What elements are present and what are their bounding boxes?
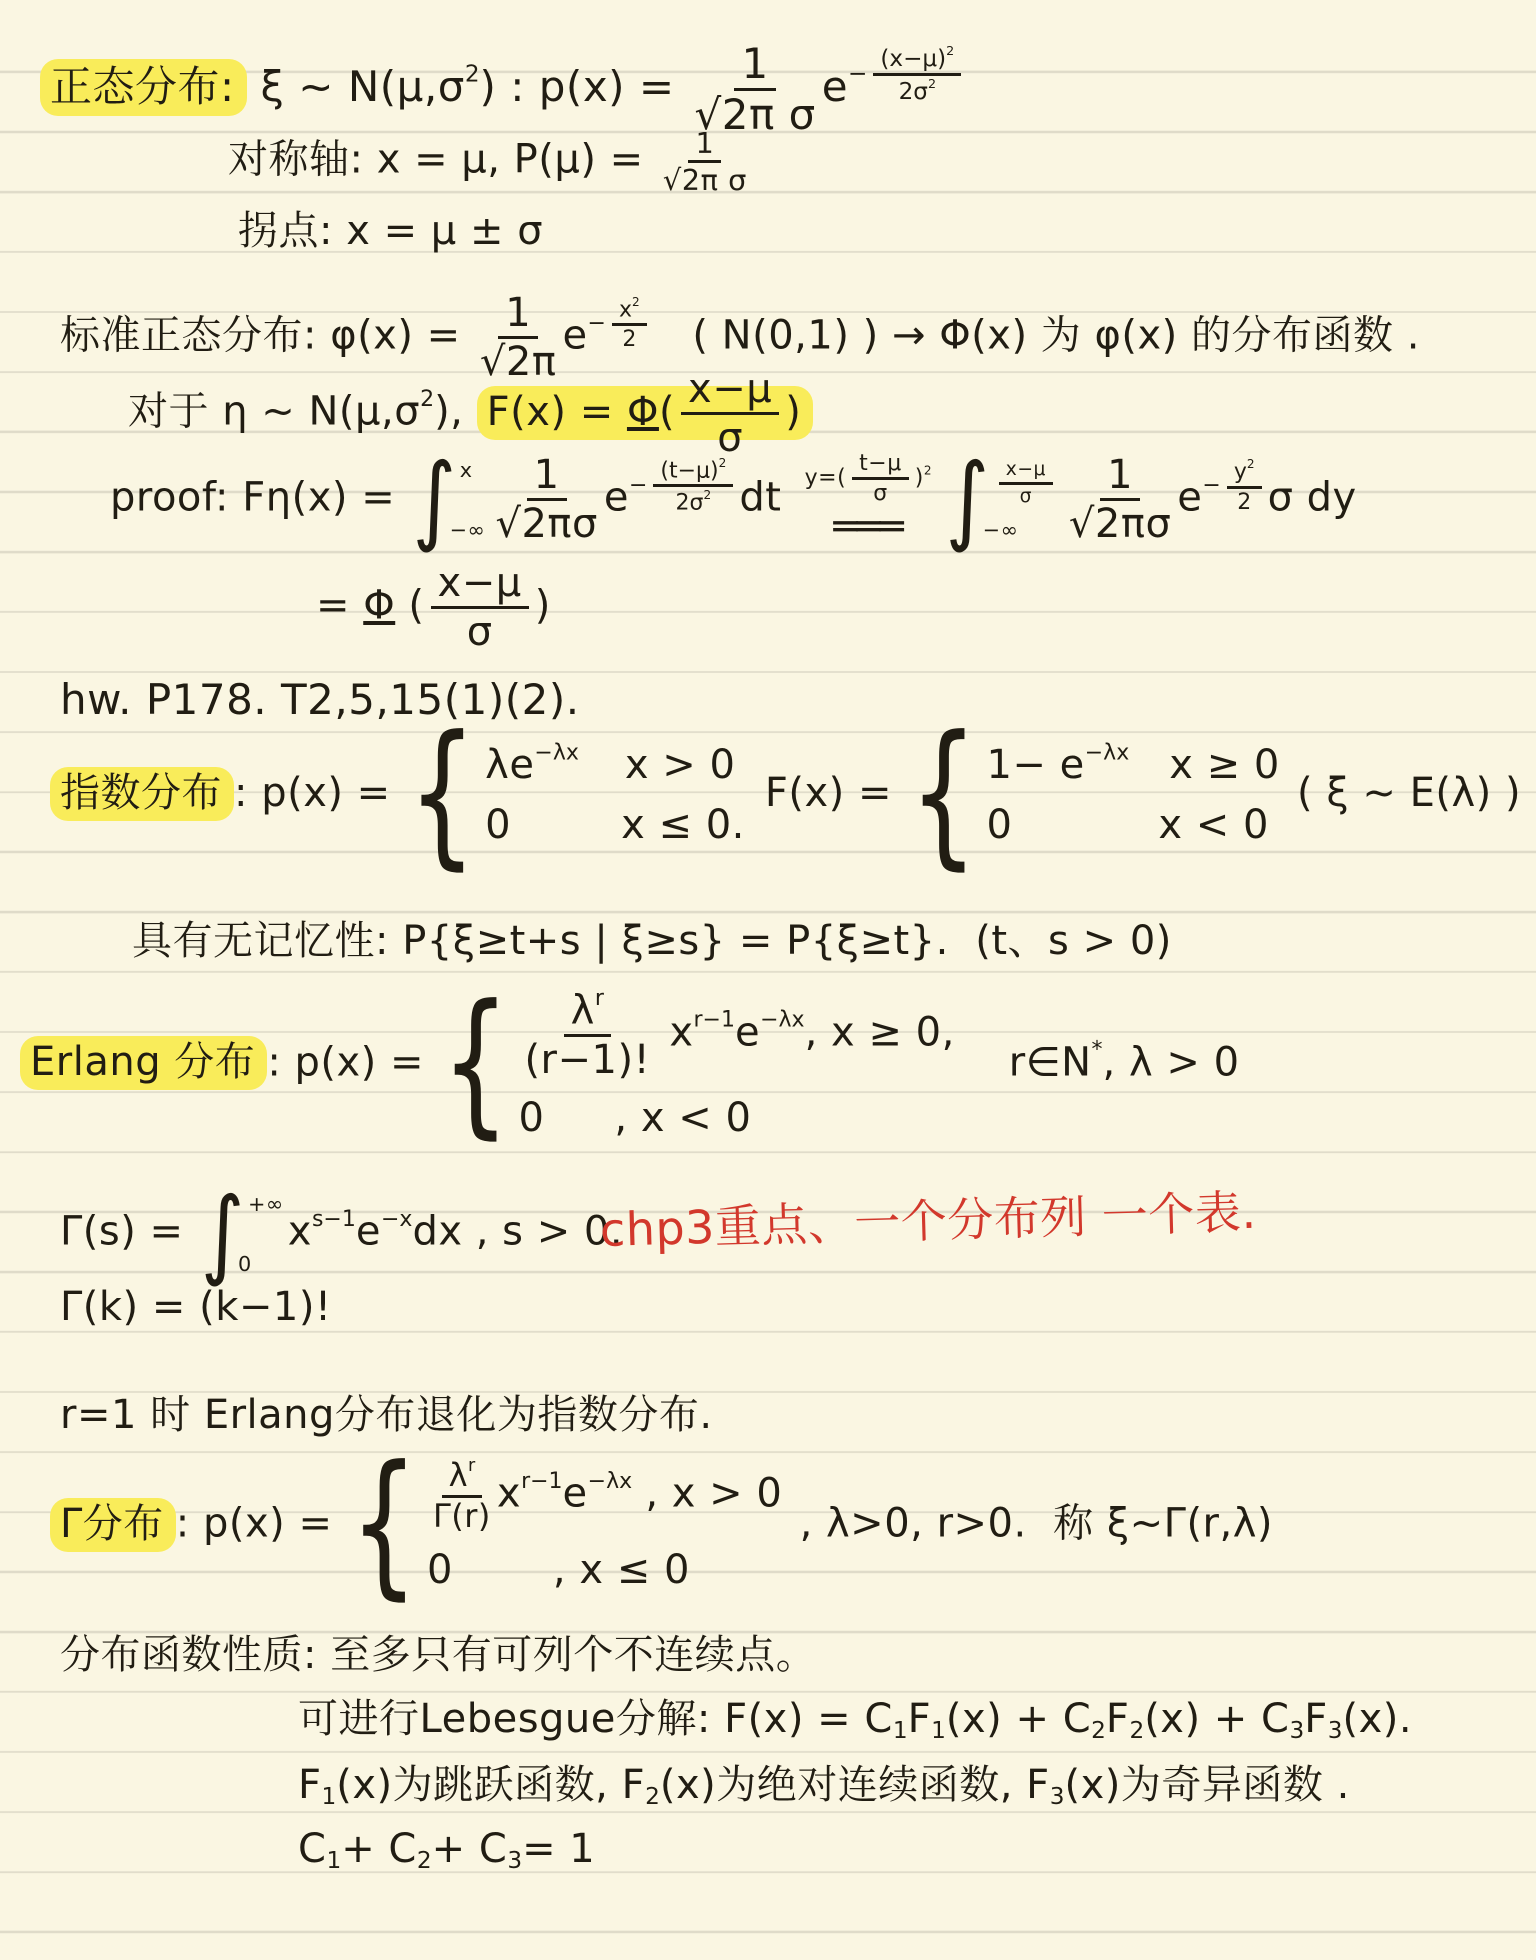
numerator: 1 (527, 454, 567, 501)
text-run: 2 (1247, 457, 1255, 471)
text-run: (x)为奇异函数 . (1064, 1762, 1349, 1808)
numerator: 1 (734, 42, 775, 91)
text-run: , x > 0 (632, 1471, 782, 1517)
text-run: 2 (928, 76, 936, 91)
piecewise-cases: {λr(r−1)! xr−1e−λx, x ≥ 0,0, x < 0 (441, 988, 955, 1141)
superscript: 2 (420, 387, 434, 412)
text-run: 0 (518, 1095, 544, 1141)
text-run: dx , s > 0. (412, 1209, 623, 1255)
text-run: (t−μ) (660, 458, 718, 483)
gamma-factorial: Γ(k) = (k−1)! (60, 1284, 331, 1330)
text-run: e (562, 313, 587, 359)
text-run: F(x) = (765, 770, 905, 816)
text-run: 1 (931, 1717, 946, 1744)
left-brace: { (909, 732, 978, 857)
superscript: 2 (1247, 457, 1255, 471)
memoryless-property: 具有无记忆性: P{ξ≥t+s | ξ≥s} = P{ξ≥t}. (t、s > … (132, 918, 1172, 964)
numerator: (t−μ)2 (653, 457, 733, 487)
text-run: e (822, 62, 848, 111)
numerator: 1 (498, 292, 538, 339)
text-run: 1 (695, 126, 714, 160)
superscript: 2 (924, 463, 932, 477)
text-run: +∞ (248, 1192, 284, 1216)
text-run: hw. P178. T2,5,15(1)(2). (60, 675, 580, 724)
highlighted-text: Γ分布 (50, 1498, 176, 1552)
subscript: 2 (1091, 1717, 1106, 1744)
text-run: ) : p(x) = (480, 62, 689, 111)
text-run: : p(x) = (234, 770, 404, 816)
superscript: 2 (928, 76, 936, 91)
text-run: : p(x) = (176, 1501, 346, 1547)
text-run: (x) + C (1144, 1696, 1289, 1742)
denominator: σ (1020, 485, 1032, 507)
numerator: λr (564, 988, 611, 1037)
denominator: √2πσ (1069, 501, 1171, 545)
text-run: 2σ (899, 79, 928, 105)
text-run: σ (467, 609, 493, 655)
fraction: (x−μ)22σ2 (873, 45, 961, 104)
subscript: 2 (645, 1783, 660, 1810)
text-run: e (735, 1009, 760, 1055)
text-run: ) (915, 466, 924, 491)
exponential-dist: 指数分布: p(x) = {λe−λxx > 00x ≤ 0.F(x) = {1… (50, 742, 1521, 848)
numerator: 1 (1100, 454, 1140, 501)
superscript: 2 (465, 61, 480, 87)
subscript: 3 (507, 1847, 522, 1874)
subscript: 3 (1289, 1717, 1304, 1744)
highlighted-text: Erlang 分布 (20, 1036, 267, 1090)
text-run: dt (739, 475, 794, 521)
superscript: −x (381, 1207, 412, 1232)
text-run: 3 (507, 1847, 522, 1874)
case-row: 0x ≤ 0. (485, 802, 745, 848)
fraction: 1√2π σ (663, 128, 747, 195)
cases-column: λe−λxx > 00x ≤ 0. (485, 742, 745, 848)
text-run: F (1106, 1696, 1130, 1742)
text-run: 1 (534, 452, 560, 498)
text-run: x−μ (438, 560, 522, 606)
substitution-stack: y=(t−μσ)2═══ (805, 452, 932, 547)
text-run: 具有无记忆性: P{ξ≥t+s | ξ≥s} = P{ξ≥t}. (t、s > … (132, 918, 1172, 964)
text-run: 3 (1050, 1783, 1065, 1810)
superscript: r (595, 986, 604, 1011)
text-run: : p(x) = (267, 1039, 437, 1085)
fraction: (t−μ)22σ2 (653, 457, 733, 515)
text-run: 3 (1328, 1717, 1343, 1744)
general-normal-cdf: 对于 η ~ N(μ,σ2), F(x) = Φ(x−μσ) (128, 368, 813, 459)
text-run: ) (785, 389, 801, 435)
text-run: + C (432, 1826, 508, 1872)
text-run: − (1202, 473, 1220, 498)
numerator: x2 (612, 296, 647, 326)
text-run: (x)为跳跃函数, F (336, 1762, 645, 1808)
text-run: 2 (632, 295, 640, 309)
fraction: 1√2πσ (1069, 454, 1171, 545)
piecewise-cases: {λrΓ(r)xr−1e−λx , x > 00, x ≤ 0 (350, 1458, 783, 1593)
fraction: λr(r−1)! (524, 988, 650, 1081)
text-run: y=( (805, 466, 847, 491)
superscript: 2 (719, 456, 727, 470)
integral-bounds: x−∞ (460, 464, 486, 535)
integral-glyph: ∫ (412, 459, 456, 541)
text-run: x < 0 (1158, 802, 1269, 848)
denominator: 2 (622, 326, 636, 351)
fraction: y22 (1227, 458, 1262, 513)
text-run: 0 (986, 802, 1012, 848)
integral-bounds: x−μσ−∞ (993, 464, 1059, 535)
superscript: −y22 (1202, 473, 1267, 498)
subscript: 3 (1328, 1717, 1343, 1744)
text-run: , λ>0, r>0. 称 ξ~Γ(r,λ) (786, 1501, 1273, 1547)
superscript: −x22 (588, 311, 653, 336)
text-run: 0 (485, 802, 511, 848)
subscript: 3 (1050, 1783, 1065, 1810)
text-run: F(x) = (487, 389, 627, 435)
case-row: 1− e−λxx ≥ 0 (986, 742, 1279, 788)
text-run: 2 (417, 1847, 432, 1874)
fraction: x22 (612, 296, 647, 351)
notebook-page: { "page": { "kind": "handwritten-math-no… (0, 0, 1536, 1960)
text-run: x−μ (1006, 459, 1046, 480)
numerator: t−μ (852, 452, 909, 480)
text-run: (x)为绝对连续函数, F (660, 1762, 1050, 1808)
fraction: x−μσ (999, 460, 1053, 506)
denominator: 2 (1237, 489, 1251, 514)
text-run: 对称轴: x = μ, P(μ) = (228, 137, 657, 183)
text-run: ( (659, 389, 675, 435)
text-run: 2 (420, 387, 434, 412)
text-run: λe (485, 742, 534, 788)
text-run: r (595, 986, 604, 1011)
text-run: (r−1)! (524, 1037, 650, 1083)
superscript: −(x−μ)22σ2 (848, 61, 967, 87)
text-run: chp3重点、一个分布列 一个表. (599, 1185, 1257, 1257)
gamma-function: Γ(s) = ∫+∞0xs−1e−xdx , s > 0. (60, 1198, 623, 1269)
numerator: 1 (688, 128, 721, 163)
text-run: 1 (505, 290, 531, 336)
text-run: x ≥ 0 (1169, 742, 1280, 788)
text-run: Γ(s) = (60, 1209, 197, 1255)
piecewise-cases: {1− e−λxx ≥ 00x < 0 (909, 742, 1280, 848)
text-run: r∈N (1009, 1039, 1092, 1085)
text-run: x (619, 297, 632, 322)
upper-bound: x (460, 460, 486, 481)
left-brace: { (408, 732, 477, 857)
denominator: √2π σ (663, 163, 747, 195)
superscript: r−1 (694, 1008, 735, 1033)
stack-top: y=(t−μσ)2 (805, 452, 932, 505)
numerator: (x−μ)2 (873, 45, 961, 76)
denominator: √2πσ (495, 501, 597, 545)
subscript: 1 (931, 1717, 946, 1744)
text-run: 1 (741, 39, 768, 88)
integral-glyph: ∫ (946, 459, 990, 541)
cases-column: λrΓ(r)xr−1e−λx , x > 00, x ≤ 0 (427, 1458, 782, 1593)
text-run: −λx (760, 1008, 804, 1033)
superscript: s−1 (312, 1207, 356, 1232)
text-run: (x) + C (946, 1696, 1091, 1742)
cases-column: λr(r−1)! xr−1e−λx, x ≥ 0,0, x < 0 (518, 988, 954, 1141)
text-run: − (588, 311, 606, 336)
text-run: , x < 0 (614, 1095, 751, 1141)
text-run: 2 (946, 43, 954, 58)
text-run: 分布函数性质: 至多只有可列个不连续点。 (60, 1632, 816, 1678)
text-run: e (356, 1209, 381, 1255)
text-run: x ≤ 0. (621, 802, 745, 848)
upper-bound: +∞ (248, 1194, 284, 1215)
text-run: , x ≤ 0 (553, 1547, 690, 1593)
text-run: √2πσ (1069, 501, 1171, 547)
subscript: 1 (893, 1717, 908, 1744)
left-brace: { (350, 1463, 419, 1588)
subscript: 2 (1129, 1717, 1144, 1744)
denominator: (r−1)! (524, 1037, 650, 1081)
subscript: 2 (417, 1847, 432, 1874)
text-run: ( (395, 583, 424, 629)
superscript: * (1092, 1038, 1103, 1063)
highlighted-text: 正态分布: (40, 59, 247, 116)
text-run: 1 (322, 1783, 337, 1810)
subscript: 1 (326, 1847, 341, 1874)
text-run: ξ ~ N(μ,σ (247, 62, 465, 111)
superscript: r (468, 1456, 475, 1476)
case-row: 0x < 0 (986, 802, 1279, 848)
numerator: y2 (1227, 458, 1262, 488)
text-run: 2 (1129, 1717, 1144, 1744)
superscript: −(t−μ)22σ2 (629, 473, 739, 498)
text-run: 2 (622, 327, 636, 352)
lebesgue-decomposition: 可进行Lebesgue分解: F(x) = C1F1(x) + C2F2(x) … (298, 1696, 1412, 1742)
text-run: x (656, 1009, 693, 1055)
denominator: σ (467, 609, 493, 653)
text-run: x > 0 (625, 742, 736, 788)
text-run: 1 (893, 1717, 908, 1744)
text-run: r−1 (694, 1008, 735, 1033)
gamma-dist: Γ分布: p(x) = {λrΓ(r)xr−1e−λx , x > 00, x … (50, 1458, 1273, 1593)
text-run: 2 (645, 1783, 660, 1810)
integral: ∫x−∞ (412, 464, 485, 535)
text-run: x−μ (688, 366, 772, 412)
text-run: 1− e (986, 742, 1084, 788)
text-run: 拐点: x = μ ± σ (238, 208, 543, 254)
subscript: 1 (322, 1783, 337, 1810)
superscript: r−1 (521, 1469, 562, 1494)
text-run: Γ(r) (433, 1497, 491, 1535)
superscript: 2 (632, 295, 640, 309)
text-run: , x ≥ 0, (805, 1009, 955, 1055)
text-run: 指数分布 (60, 770, 222, 816)
numerator: λr (442, 1458, 483, 1498)
denominator: Γ(r) (433, 1498, 491, 1534)
text-run: C (298, 1826, 326, 1872)
text-run: −λx (1085, 740, 1129, 765)
text-run: 1 (326, 1847, 341, 1874)
text-run: 标准正态分布: φ(x) = (60, 313, 474, 359)
text-run: − (629, 473, 647, 498)
numerator: x−μ (681, 368, 779, 415)
text-run: −λx (534, 740, 578, 765)
text-run: 1 (1107, 452, 1133, 498)
normal-dist-definition: 正态分布: ξ ~ N(μ,σ2) : p(x) = 1√2π σe−(x−μ)… (40, 42, 967, 137)
homework: hw. P178. T2,5,15(1)(2). (60, 676, 580, 724)
text-run: √2π σ (663, 163, 747, 197)
superscript: −λx (588, 1469, 632, 1494)
text-run: 3 (1289, 1717, 1304, 1744)
fraction: 1√2π σ (694, 42, 815, 137)
erlang-dist: Erlang 分布: p(x) = {λr(r−1)! xr−1e−λx, x … (20, 988, 1240, 1141)
text-run: x (497, 1471, 521, 1517)
lower-bound: −∞ (983, 520, 1059, 541)
decomposition-components: F1(x)为跳跃函数, F2(x)为绝对连续函数, F3(x)为奇异函数 . (298, 1762, 1350, 1808)
text-run: t−μ (859, 451, 902, 476)
case-row: λe−λxx > 0 (485, 742, 745, 788)
text-run: x (460, 458, 473, 482)
text-run: −λx (588, 1469, 632, 1494)
text-run: r−1 (521, 1469, 562, 1494)
text-run: x (288, 1209, 312, 1255)
text-run: = 1 (522, 1826, 595, 1872)
cases-column: 1− e−λxx ≥ 00x < 0 (986, 742, 1279, 848)
case-row: 0, x ≤ 0 (427, 1547, 782, 1593)
text-run: √2πσ (495, 501, 597, 547)
numerator: x−μ (999, 460, 1053, 485)
text-run: (x). (1343, 1696, 1413, 1742)
text-run: Φ (627, 389, 659, 435)
text-run: Γ(k) = (k−1)! (60, 1284, 331, 1330)
text-run: λ (571, 988, 595, 1034)
text-run: r (468, 1456, 475, 1476)
text-run: ) (535, 583, 551, 629)
text-run: ═══ (833, 504, 902, 550)
fraction: x−μσ (681, 368, 779, 459)
text-run: Γ分布 (60, 1501, 164, 1547)
text-run: λ (449, 1456, 468, 1494)
text-run: * (1092, 1038, 1103, 1063)
text-run: σ dy (1268, 475, 1357, 521)
text-run: 0 (427, 1547, 453, 1593)
left-brace: { (441, 1002, 510, 1127)
text-run: (x−μ) (880, 46, 946, 72)
text-run: 2 (465, 61, 480, 87)
text-run: = (316, 583, 363, 629)
superscript: −λx (760, 1008, 804, 1033)
text-run: + C (341, 1826, 417, 1872)
proof-result: = Φ (x−μσ) (316, 562, 551, 653)
red-annotation: chp3重点、一个分布列 一个表. (599, 1186, 1257, 1257)
text-run: σ (1020, 486, 1032, 507)
piecewise-cases: {λe−λxx > 00x ≤ 0. (408, 742, 745, 848)
coefficients-sum: C1+ C2+ C3= 1 (298, 1826, 595, 1872)
text-run: F (298, 1762, 322, 1808)
text-run: y (1234, 459, 1247, 484)
text-run: e (1177, 475, 1202, 521)
text-run: s−1 (312, 1207, 356, 1232)
text-run: r=1 时 Erlang分布退化为指数分布. (60, 1392, 713, 1438)
superscript: −λx (1085, 740, 1129, 765)
superscript: 2 (703, 488, 711, 502)
denominator: 2σ2 (676, 487, 712, 514)
text-run: 2 (924, 463, 932, 477)
case-row: λr(r−1)! xr−1e−λx, x ≥ 0, (518, 988, 954, 1081)
text-run: 2σ (676, 491, 704, 516)
integral: ∫x−μσ−∞ (946, 464, 1059, 535)
text-run: ( N(0,1) ) → Φ(x) 为 φ(x) 的分布函数 . (653, 313, 1420, 359)
symmetry-axis: 对称轴: x = μ, P(μ) = 1√2π σ (228, 128, 753, 195)
text-run: ), (434, 389, 477, 435)
numerator: x−μ (431, 562, 529, 609)
text-run: Erlang 分布 (30, 1039, 255, 1085)
erlang-degenerate: r=1 时 Erlang分布退化为指数分布. (60, 1392, 713, 1438)
highlighted-text: F(x) = Φ(x−μσ) (477, 386, 814, 440)
text-run: 可进行Lebesgue分解: F(x) = C (298, 1696, 893, 1742)
fraction: 1√2πσ (495, 454, 597, 545)
text-run: − (848, 61, 867, 87)
text-run: Φ (363, 583, 395, 629)
highlighted-text: 指数分布 (50, 767, 234, 821)
superscript: 2 (946, 43, 954, 58)
text-run: F (908, 1696, 932, 1742)
denominator: σ (873, 480, 887, 505)
proof-line: proof: Fη(x) = ∫x−∞1√2πσe−(t−μ)22σ2dt y=… (110, 452, 1357, 547)
text-run: 正态分布: (50, 62, 235, 111)
case-row: 0, x < 0 (518, 1095, 954, 1141)
fraction: λrΓ(r) (433, 1458, 491, 1533)
upper-bound: x−μσ (993, 460, 1059, 506)
text-run: e (563, 1471, 588, 1517)
text-run: σ (873, 481, 887, 506)
text-run: 2 (719, 456, 727, 470)
text-run: F (1304, 1696, 1328, 1742)
superscript: −λx (534, 740, 578, 765)
text-run: 对于 η ~ N(μ,σ (128, 389, 420, 435)
text-run: −x (381, 1207, 412, 1232)
text-run: e (604, 475, 629, 521)
integral: ∫+∞0 (201, 1198, 284, 1269)
case-row: λrΓ(r)xr−1e−λx , x > 0 (427, 1458, 782, 1533)
denominator: 2σ2 (899, 76, 936, 104)
text-run: 2 (1237, 490, 1251, 515)
inflection-points: 拐点: x = μ ± σ (238, 208, 543, 254)
text-run: , λ > 0 (1103, 1039, 1240, 1085)
fraction: x−μσ (431, 562, 529, 653)
text-run: 2 (1091, 1717, 1106, 1744)
integral-bounds: +∞0 (248, 1198, 284, 1269)
text-run: proof: Fη(x) = (110, 475, 408, 521)
integral-glyph: ∫ (201, 1193, 245, 1275)
stack-bottom: ═══ (833, 507, 902, 547)
cdf-properties: 分布函数性质: 至多只有可列个不连续点。 (60, 1632, 816, 1678)
text-run: 2 (703, 488, 711, 502)
fraction: t−μσ (852, 452, 909, 505)
text-run: ( ξ ~ E(λ) ) (1284, 770, 1521, 816)
